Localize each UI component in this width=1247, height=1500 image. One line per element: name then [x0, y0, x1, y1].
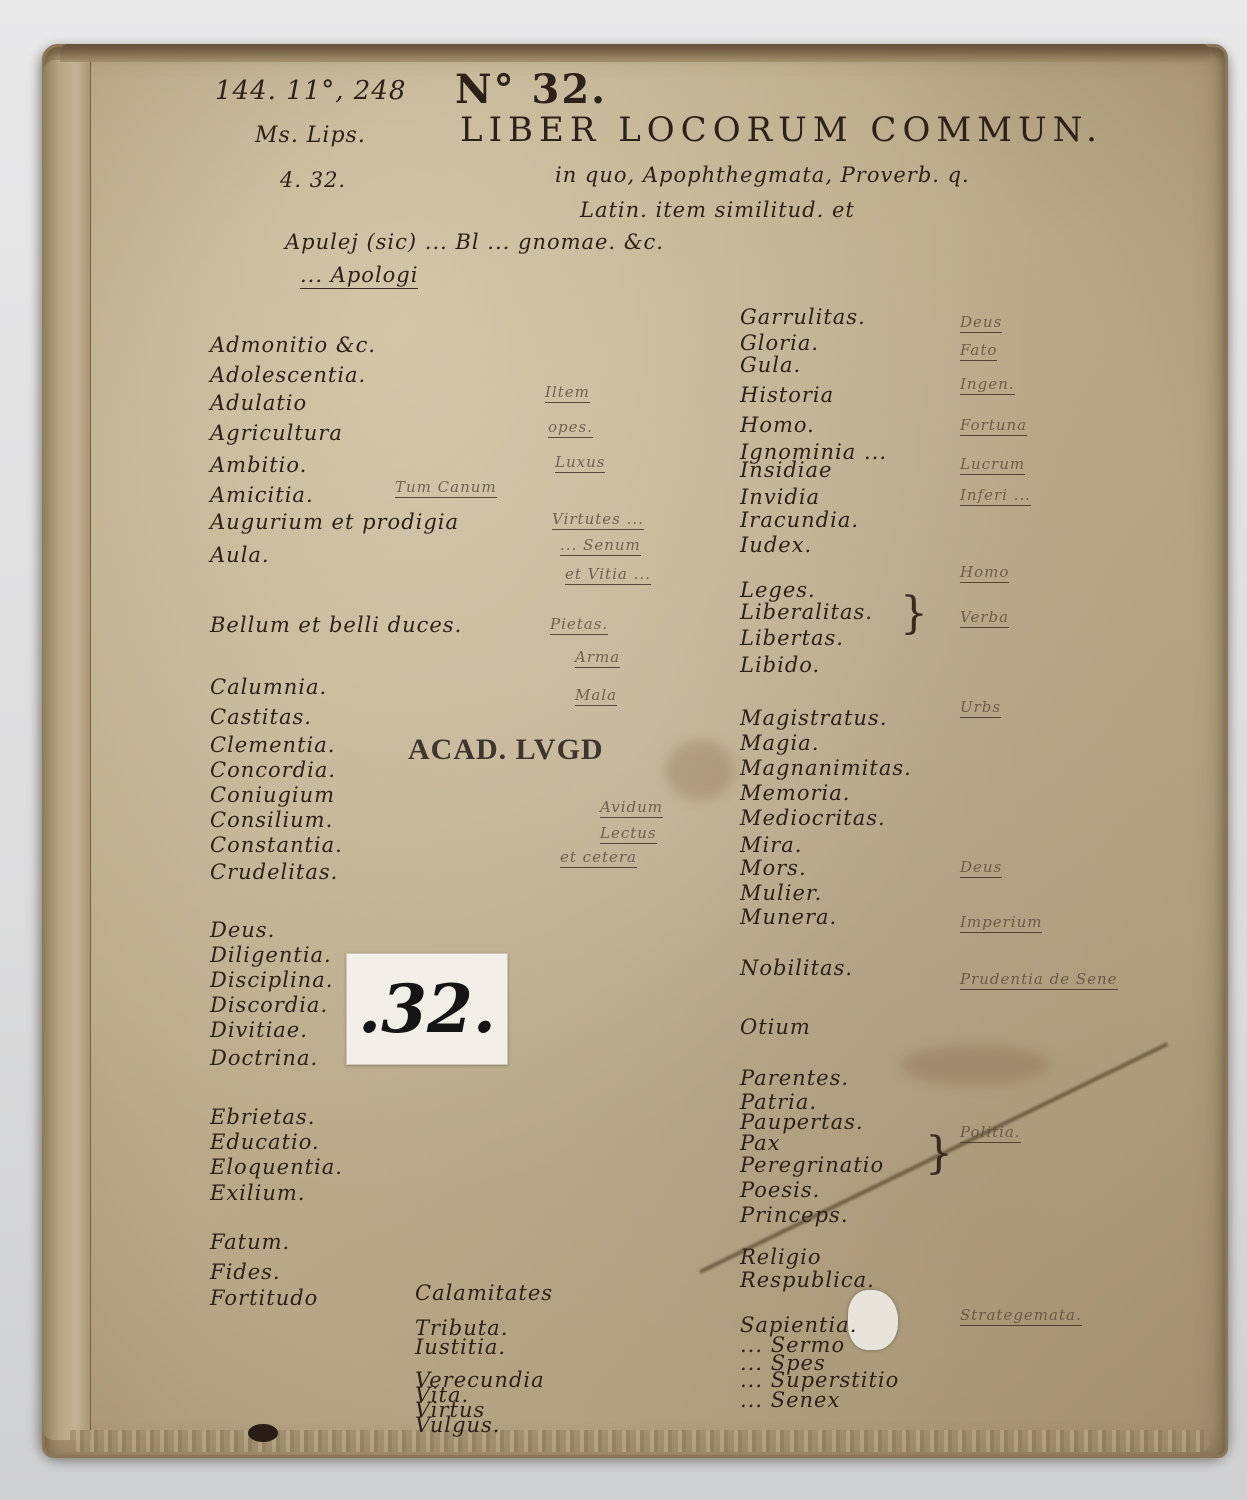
index-entry: Admonitio &c. — [210, 335, 376, 356]
index-entry: Strategemata. — [960, 1308, 1082, 1326]
index-entry: Lucrum — [960, 457, 1025, 475]
index-entry: Parentes. — [740, 1068, 849, 1089]
index-entry: Iltem — [545, 385, 590, 403]
brace-mark: } — [925, 1128, 953, 1179]
index-entry: Clementia. — [210, 735, 335, 756]
index-entry: Gloria. — [740, 333, 819, 354]
index-entry: Nobilitas. — [740, 958, 853, 979]
index-entry: Homo. — [740, 415, 815, 436]
index-entry: Constantia. — [210, 835, 343, 856]
index-entry: Bellum et belli duces. — [210, 615, 462, 636]
library-stamp: ACAD. LVGD — [408, 733, 604, 767]
index-entry: Liberalitas. — [740, 602, 873, 623]
subtitle-line-2: Latin. item similitud. et — [580, 200, 855, 221]
index-entry: Adulatio — [210, 393, 307, 414]
index-entry: Princeps. — [740, 1205, 849, 1226]
index-entry: Adolescentia. — [210, 365, 366, 386]
index-entry: et Vitia ... — [565, 567, 651, 585]
number-heading: N° 32. — [455, 70, 607, 110]
index-entry: Mala — [575, 688, 617, 706]
index-entry: Insidiae — [740, 460, 832, 481]
index-entry: Amicitia. — [210, 485, 314, 506]
index-entry: Coniugium — [210, 785, 335, 806]
index-entry: Vulgus. — [415, 1415, 500, 1436]
index-entry: Avidum — [600, 800, 663, 818]
index-entry: Historia — [740, 385, 834, 406]
index-entry: Verba — [960, 610, 1009, 628]
index-entry: Concordia. — [210, 760, 336, 781]
index-entry: Imperium — [960, 915, 1042, 933]
notebook-spine — [42, 60, 91, 1440]
index-entry: Magistratus. — [740, 708, 887, 729]
index-entry: Arma — [575, 650, 620, 668]
index-entry: Doctrina. — [210, 1048, 318, 1069]
index-entry: Iustitia. — [415, 1337, 506, 1358]
index-entry: Leges. — [740, 580, 816, 601]
index-entry: Otium — [740, 1017, 811, 1038]
index-entry: Paupertas. — [740, 1112, 864, 1133]
index-entry: Ebrietas. — [210, 1107, 315, 1128]
index-entry: Urbs — [960, 700, 1001, 718]
number-label: .32. — [346, 953, 508, 1065]
index-entry: Fatum. — [210, 1232, 290, 1253]
index-entry: Aula. — [210, 545, 270, 566]
index-entry: Fortitudo — [210, 1288, 318, 1309]
index-entry: Munera. — [740, 907, 837, 928]
index-entry: Eloquentia. — [210, 1157, 343, 1178]
index-entry: Mulier. — [740, 883, 822, 904]
index-entry: Libertas. — [740, 628, 844, 649]
index-entry: Tum Canum — [395, 480, 497, 498]
index-entry: Diligentia. — [210, 945, 332, 966]
index-entry: Magnanimitas. — [740, 758, 912, 779]
index-entry: Augurium et prodigia — [210, 512, 459, 533]
index-entry: Pax — [740, 1133, 781, 1154]
index-entry: Crudelitas. — [210, 862, 338, 883]
index-entry: Castitas. — [210, 707, 312, 728]
ink-blot — [248, 1424, 278, 1442]
index-entry: Ambitio. — [210, 455, 307, 476]
index-entry: Consilium. — [210, 810, 333, 831]
index-entry: Pietas. — [550, 617, 608, 635]
index-entry: Exilium. — [210, 1183, 305, 1204]
index-entry: Agricultura — [210, 423, 343, 444]
brace-mark: } — [900, 588, 928, 639]
index-entry: Respublica. — [740, 1270, 875, 1291]
index-entry: Luxus — [555, 455, 605, 473]
stain — [665, 740, 735, 800]
index-entry: Invidia — [740, 487, 820, 508]
top-edge — [60, 44, 1210, 62]
index-entry: ... Senum — [560, 538, 641, 556]
index-entry: Peregrinatio — [740, 1155, 884, 1176]
index-entry: Calamitates — [415, 1283, 553, 1304]
document-title: LIBER LOCORUM COMMUN. — [460, 113, 1103, 147]
index-entry: Disciplina. — [210, 970, 333, 991]
index-entry: Educatio. — [210, 1132, 320, 1153]
index-entry: Deus — [960, 315, 1002, 333]
bottom-page-edges — [70, 1430, 1210, 1452]
shelfmark: 144. 11°, 248 — [215, 78, 406, 104]
index-entry: Deus. — [210, 920, 275, 941]
index-entry: Fides. — [210, 1262, 281, 1283]
index-entry: Mira. — [740, 835, 802, 856]
index-entry: opes. — [548, 420, 593, 438]
index-entry: et cetera — [560, 850, 637, 868]
index-entry: ... Senex — [740, 1390, 840, 1411]
shelfmark-sub: 4. 32. — [280, 170, 346, 191]
index-entry: Iracundia. — [740, 510, 859, 531]
index-entry: Homo — [960, 565, 1009, 583]
index-entry: Poesis. — [740, 1180, 820, 1201]
index-entry: Mediocritas. — [740, 808, 886, 829]
subtitle-line-1: in quo, Apophthegmata, Proverb. q. — [555, 165, 970, 186]
index-entry: Fortuna — [960, 418, 1027, 436]
stain — [900, 1045, 1050, 1085]
index-entry: Lectus — [600, 826, 657, 844]
index-entry: Calumnia. — [210, 677, 327, 698]
index-entry: Iudex. — [740, 535, 812, 556]
index-entry: Memoria. — [740, 783, 850, 804]
index-entry: Inferi ... — [960, 488, 1031, 506]
index-entry: Libido. — [740, 655, 820, 676]
index-entry: Divitiae. — [210, 1020, 308, 1041]
index-entry: Ingen. — [960, 377, 1015, 395]
index-entry: Politia. — [960, 1125, 1021, 1143]
index-entry: Mors. — [740, 858, 807, 879]
index-entry: Gula. — [740, 355, 801, 376]
index-entry: Discordia. — [210, 995, 328, 1016]
index-entry: Magia. — [740, 733, 819, 754]
index-entry: Deus — [960, 860, 1002, 878]
index-entry: Garrulitas. — [740, 307, 866, 328]
index-entry: Prudentia de Sene — [960, 972, 1118, 990]
number-label-text: .32. — [358, 970, 496, 1048]
index-entry: Religio — [740, 1247, 821, 1268]
subtitle-line-4: ... Apologi — [300, 265, 418, 289]
subtitle-line-3: Apulej (sic) ... Bl ... gnomae. &c. — [285, 232, 664, 253]
index-entry: Fato — [960, 343, 997, 361]
index-entry: Virtutes ... — [552, 512, 644, 530]
owner-abbrev: Ms. Lips. — [255, 125, 366, 147]
